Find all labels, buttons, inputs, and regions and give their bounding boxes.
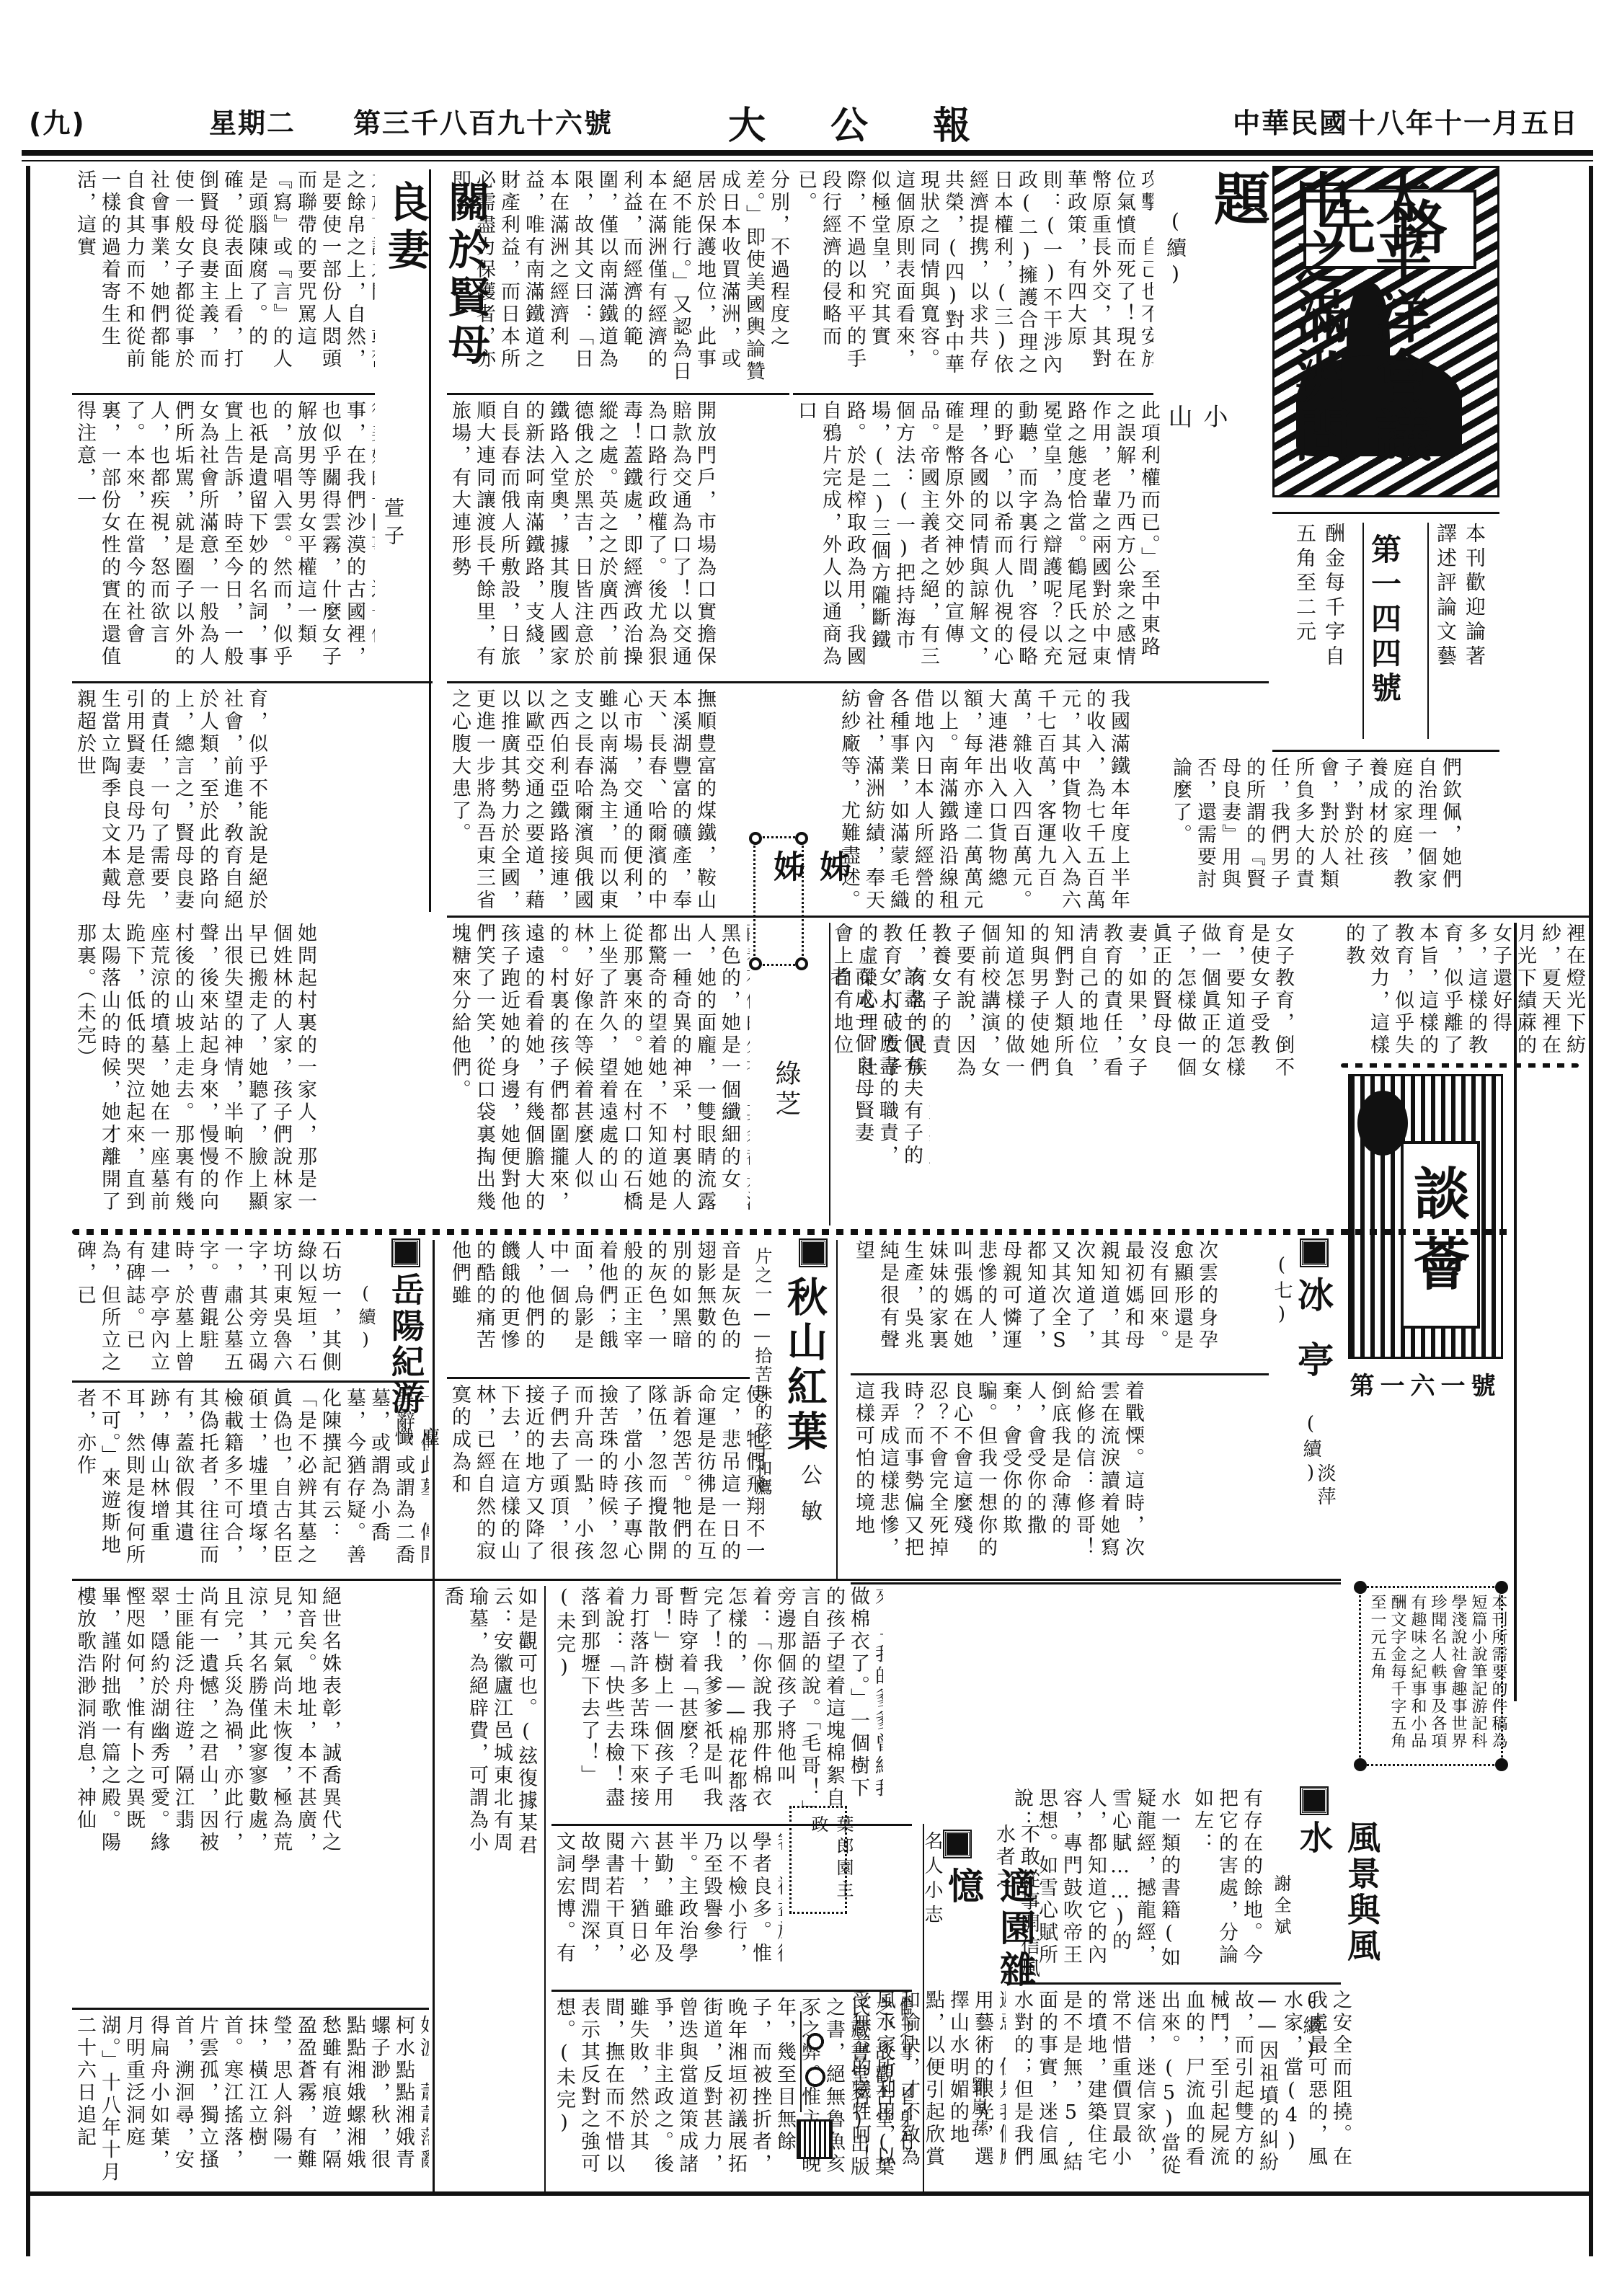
divider [851, 1582, 1341, 1584]
autumn-leaves-body-2: 的危險，鷹曾叫牠們不顧一切天井，雞在日中，牠們為了報逃出來，帶着而侵入了人類的，… [447, 1384, 764, 1572]
column-divider [1514, 923, 1517, 1701]
masthead-rule [22, 150, 1593, 156]
autumn-leaves-body-1: 沿着狹窄的田徑，再從爱晚亭下去，便到頗大的邱陵，方的了一。盤旋的樹林中地的間孩在… [447, 1240, 743, 1370]
divider [447, 393, 789, 395]
xianlu-notice-2: 譯述評論文藝 [1431, 523, 1460, 746]
xianlu-fee-2: 五角至二元 [1290, 523, 1319, 746]
divider [72, 1579, 1341, 1581]
ice-pavilion-author: 淡萍 [1312, 1463, 1339, 1535]
fengshui-body-3: 之安全而阻撓。在我處最可惡的，風水家，當(4)——因祖墳的糾紛故，而引起雙方的械… [1009, 1990, 1586, 2184]
sister-author: 綠芝 [768, 1060, 805, 1139]
tanhui-issue: 第一六一號 [1348, 1366, 1503, 1402]
column-divider [836, 1240, 838, 1579]
publication-date: 中華民國十八年十一月五日 [1233, 101, 1579, 141]
article-text: 開放門戶，市場為口實擔保賠款為交通為口了！以交通為口路行政權了。後尤為狠毒！蓋鐵… [447, 400, 717, 674]
corner-dot-icon [1354, 1758, 1367, 1771]
corner-dot-icon [1495, 1581, 1508, 1594]
column-divider [829, 923, 830, 1225]
fengshui-body-1: B,風水方面：迷信風水，是封建制度下的遺產物。在科學發達和文明進步的今日，當然沒… [1189, 1788, 1269, 1975]
divider [851, 1373, 1269, 1375]
gear-ornament-icon [795, 832, 808, 845]
shiyuan-body-1: 葉德輝，本蘇籍，寄籍湘潭，郎園其晚號也。主政其生平事蹟，其自撰年譜，紀之會所著述… [551, 1831, 782, 1968]
ornament-divider [1341, 1063, 1579, 1068]
section-marker-icon [1301, 1240, 1327, 1266]
article-text: 絕世名姝表彰，誠喬異代之知音矣。地址，本不甚廣，見，元氣尚未恢復，極為荒涼，其名… [72, 1586, 342, 1860]
divider [72, 681, 433, 683]
article-text: 蹤跡亦沉寂，惟有岑樓聳碧空，滿湖秋水共晨夕。湖上煙波人舊遊，湖邊風月何清朗，語泛… [72, 2015, 429, 2188]
yueyang-continued: (續) [353, 1283, 378, 1326]
article-text: 我國滿鐵本年度上半年的收入，為七千五百萬元，其中貨物收入為六千七百萬，客運九百萬… [836, 688, 1130, 912]
article-text: 的，我以為一個女人，應當成其為一個超於良母賢妻的，這是單就她的人生目的上說，同時… [825, 966, 930, 1182]
xianlu-issue: 第一四四號 [1362, 533, 1406, 750]
sister-title-box: 姊姊 [753, 836, 804, 966]
sister-title: 姊姊 [755, 838, 862, 964]
left-border [26, 166, 30, 2256]
article-text: 認識清楚了，然後可以研究我們「日本與滿洲」之論文。鶴尾氏承認滿洲為中國領土之一部… [447, 169, 789, 389]
fengshui-body-4: 建築住宅，雖然用不着什麼羅盤上的方向和風水說上的避忌；但是我們應用藝術的眼光，選… [847, 1990, 1006, 2184]
yueyang-body-4: 蹤跡亦沉寂，惟有岑樓聳碧空，滿湖秋水共晨夕。湖上煙波人舊遊，湖邊風月何清朗，語泛… [72, 2015, 429, 2188]
section-marker-icon [1301, 1788, 1327, 1814]
virtuous-body-6: 育，似乎不能說是絕於社會，前進，敎育自絕於人類，至於此的路向上，總言之，賢母良妻… [72, 688, 429, 912]
right-border [1589, 166, 1593, 2256]
tanhui-banner-woodcut: 談薈 [1348, 1074, 1503, 1359]
pacific-continued: (續) [1161, 209, 1189, 252]
issue-number: 第三千八百九十六號 [353, 101, 613, 141]
divider [1272, 750, 1499, 752]
divider [72, 1380, 429, 1383]
notice-divider [1362, 523, 1364, 739]
divider [72, 2008, 429, 2010]
pacific-body-1: 由此又可見幣原的滿洲政策了，田中一個武夫，思想單簡，不知此理，對華取積極的干涉政… [793, 169, 1153, 389]
sister-body-2: 她問起村裏的一家人，那是一個姓林的人家，孩子們說林家早已搬走了，她聽了，臉上顯出… [72, 923, 433, 1225]
article-text: 育，似乎不能說是絕於社會，前進，敎育自絕於人類，至於此的路向上，總言之，賢母良妻… [72, 688, 268, 912]
myth-body-2: 自己塞在樹的枝幹縫中，兩個在山地上尋覓着打下了的苦珠實，地上還有一隻深黃色的小蔑… [551, 1586, 883, 1817]
shiyuan-box: 葉郎園主政 [789, 1806, 847, 1914]
corner-dot-icon [1495, 1758, 1508, 1771]
column-divider [544, 1586, 546, 2191]
xianlu-fee-1: 酬金每千字自 [1319, 523, 1348, 746]
pacific-article-title: 太平洋會議中之滿洲問題 [1197, 169, 1439, 501]
autumn-leaves-title: 秋山紅葉 [775, 1276, 833, 1456]
article-text: 葉德輝，本蘇籍，寄籍湘潭，郎園其晚號也。主政其生平事蹟，其自撰年譜，紀之會所著述… [551, 1831, 782, 1968]
article-text: 如是觀可也。(玆復據某君云：安徽廬江邑城東北有周瑜墓，為絕辟費，可謂為小喬 [440, 1586, 538, 1860]
notice-divider [1427, 523, 1429, 739]
divider [447, 1377, 750, 1379]
notice-text: 本刊所需要的件稿為短篇小說筆記游記科學淺說社會趣事世界珍聞名人軼事及各項有趣味之… [1361, 1588, 1514, 1764]
article-text: 們欽佩，她們自治理一個家庭的家庭，教養成材的孩子，對於社會，對於人類所負多大的責… [1168, 757, 1462, 908]
weekday: 星期二 [209, 101, 296, 141]
virtuous-author: 萱子 [378, 497, 407, 555]
virtuous-body-5: 的，我以為一個女人，應當成其為一個超於良母賢妻的，這是單就她的人生目的上說，同時… [825, 966, 930, 1182]
article-text: 之安全而阻撓。在我處最可惡的，風水家，當(4)——因祖墳的糾紛故，而引起雙方的械… [1009, 1990, 1352, 2184]
shiyuan-box-title: 葉郎園主政 [792, 1808, 871, 1912]
myth-body-1: 如是觀可也。(玆復據某君云：安徽廬江邑城東北有周瑜墓，為絕辟費，可謂為小喬 [440, 1586, 541, 1860]
gear-ornament-icon [795, 957, 808, 970]
gear-ornament-icon [749, 957, 762, 970]
flower-vase-ornament-icon [793, 2011, 836, 2163]
paper-name: 大公報 [728, 95, 1035, 149]
article-text: 由此又可見幣原的滿洲政策了，田中一個武夫，思想單簡，不知此理，對華取積極的干涉政… [793, 169, 1153, 389]
yueyang-body-1: 魯肅墓在東門內，次日予等往遊。岳州自經兵燹，市場極為凋零，東北門一帶，竟如鄉落，… [72, 1240, 346, 1377]
article-text: 着戰慄。這時，次雲在流淚讀着她寫給修的信：修哥！倒底我是命薄的人，會受你的撒棄，… [851, 1380, 1145, 1575]
masthead: (九) 星期二 第三千八百九十六號 大公報 中華民國十八年十一月五日 [22, 101, 1593, 144]
divider [447, 916, 1593, 918]
article-text: 次雲的身孕愈顯形還是沒有回來。最初媽和母親知道，其次知道了，又其次全S都知道了，… [851, 1240, 1218, 1362]
pacific-body-2: 此項利權而已。」至中東路之誤解，乃西方公衆之感情作用，老輩之兩國對於中東路之態度… [793, 400, 1226, 674]
virtuous-body-2: 在是有充分的理由，而也是很美妙的一回事，這一件事，在我們沙漠的古國裡，也似乎關得… [72, 400, 375, 674]
section-marker-icon [800, 1240, 826, 1266]
xianlu-notice-1: 本刊歡迎論著 [1460, 523, 1489, 746]
bottom-border [26, 2191, 1593, 2196]
ice-pavilion-body-1: 次雲的身孕愈顯形還是沒有回來。最初媽和母親知道，其次知道了，又其次全S都知道了，… [851, 1240, 1262, 1362]
reader-figure-icon [1357, 1091, 1408, 1156]
article-text: 蘭花村突然來了一個服裝很奇特的人，穿着一件黃色衣裳，配着花條的外衣，其余都是深黑… [447, 923, 750, 1218]
fengshui-body-2: (1)提倡迷信——風水家以為人的盛衰，都基於祖先的墳地及住宅的形勢，故墳地與住宅… [1009, 1788, 1186, 1975]
article-text: 自己塞在樹的枝幹縫中，兩個在山地上尋覓着打下了的苦珠實，地上還有一隻深黃色的小蔑… [551, 1586, 883, 1817]
article-text: B,風水方面：迷信風水，是封建制度下的遺產物。在科學發達和文明進步的今日，當然沒… [1189, 1788, 1269, 1975]
divider [1009, 1982, 1341, 1985]
virtuous-body-3: 們欽佩，她們自治理一個家庭的家庭，教養成材的孩子，對於社會，對於人類所負多大的責… [1168, 757, 1590, 908]
yueyang-body-2: 他人摧毀。其時錕正以賄選竊政，貽羞萬世，穢跡遺留殊足點污名勝，毀之宜也墓之附近，… [72, 1388, 429, 1572]
article-text: 在當今之世的所謂廿世紀新時代，一切，似乎都需要新，我們的言語，我們的行動，總不妨… [72, 169, 375, 386]
tanhui-title: 談薈 [1401, 1141, 1480, 1329]
corner-dot-icon [1354, 1581, 1367, 1594]
editorial-column: 的模型裏，造出來的都是一些妄論解放者談革命不事操作，祇能消費的泥人，那麼，倒不如… [1341, 923, 1586, 1060]
xianlu-notice-box: 本刊歡迎論著 譯述評論文藝 第一四四號 酬金每千字自 五角至二元 [1272, 515, 1499, 750]
sister-body: 蘭花村突然來了一個服裝很奇特的人，穿着一件黃色衣裳，配着花條的外衣，其余都是深黑… [447, 923, 750, 1218]
divider [447, 681, 1269, 683]
article-text: 沿着狹窄的田徑，再從爱晚亭下去，便到頗大的邱陵，方的了一。盤旋的樹林中地的間孩在… [447, 1240, 743, 1370]
divider [793, 393, 1153, 395]
tanhui-notice-box: 本刊所需要的件稿為短篇小說筆記游記科學淺說社會趣事世界珍聞名人軼事及各項有趣味之… [1359, 1586, 1503, 1766]
virtuous-article-title: 關於賢母良妻 [375, 180, 496, 396]
masthead-rule-thin [22, 160, 1593, 161]
article-text: 在是有充分的理由，而也是很美妙的一回事，這一件事，在我們沙漠的古國裡，也似乎關得… [72, 400, 375, 674]
virtuous-body-1: 在當今之世的所謂廿世紀新時代，一切，似乎都需要新，我們的言語，我們的行動，總不妨… [72, 169, 375, 386]
article-text: 建築住宅，雖然用不着什麼羅盤上的方向和風水說上的避忌；但是我們應用藝術的眼光，選… [847, 1990, 1006, 2184]
pacific-body-3: 認識清楚了，然後可以研究我們「日本與滿洲」之論文。鶴尾氏承認滿洲為中國領土之一部… [447, 169, 789, 389]
article-text: 此項利權而已。」至中東路之誤解，乃西方公衆之感情作用，老輩之兩國對於中東路之態度… [793, 400, 1161, 674]
divider [1272, 512, 1499, 514]
section-marker-icon [393, 1240, 419, 1266]
ice-pavilion-body-2: 着戰慄。這時，次雲在流淚讀着她寫給修的信：修哥！倒底我是命薄的人，會受你的撒棄，… [851, 1380, 1283, 1575]
ice-pavilion-chapter: (七) [1269, 1254, 1295, 1305]
section-marker-icon [944, 1831, 970, 1857]
article-text: 撫順豊富的煤鐵，鞍山本溪湖豐富的礦產，奉天、長春、哈爾濱的中心市場，交通的便利，… [447, 688, 717, 912]
divider [72, 393, 375, 395]
column-divider [433, 1240, 435, 2191]
article-text: 她問起村裏的一家人，那是一個姓林的人家，孩子們說林家早已搬走了，她聽了，臉上顯出… [72, 923, 317, 1225]
ornament-divider [72, 1229, 1514, 1235]
article-text: 的危險，鷹曾叫牠們不顧一切天井，雞在日中，牠們為了報逃出來，帶着而侵入了人類的，… [447, 1384, 764, 1572]
yueyang-body-3: 絕世名姝表彰，誠喬異代之知音矣。地址，本不甚廣，見，元氣尚未恢復，極為荒涼，其名… [72, 1586, 429, 1860]
fengshui-title: 風景與風水 [1290, 1820, 1386, 1986]
article-text: 魯肅墓在東門內，次日予等往遊。岳州自經兵燹，市場極為凋零，東北門一帶，竟如鄉落，… [72, 1240, 346, 1377]
fengshui-author: 謝全斌 [1269, 1874, 1294, 1954]
article-text: 的模型裏，造出來的都是一些妄論解放者談革命不事操作，祇能消費的泥人，那麼，倒不如… [1341, 923, 1586, 1060]
pacific-body-4: 開放門戶，市場為口實擔保賠款為交通為口了！以交通為口路行政權了。後尤為狠毒！蓋鐵… [447, 400, 789, 674]
gear-ornament-icon [749, 832, 762, 845]
page-number: (九) [29, 101, 86, 141]
article-text: (1)提倡迷信——風水家以為人的盛衰，都基於祖先的墳地及住宅的形勢，故墳地與住宅… [1009, 1788, 1186, 1975]
autumn-leaves-author: 公敏 [793, 1463, 825, 1543]
ice-pavilion-continued: (續) [1298, 1413, 1324, 1456]
article-text: 他人摧毀。其時錕正以賄選竊政，貽羞萬世，穢跡遺留殊足點污名勝，毀之宜也墓之附近，… [72, 1388, 429, 1572]
